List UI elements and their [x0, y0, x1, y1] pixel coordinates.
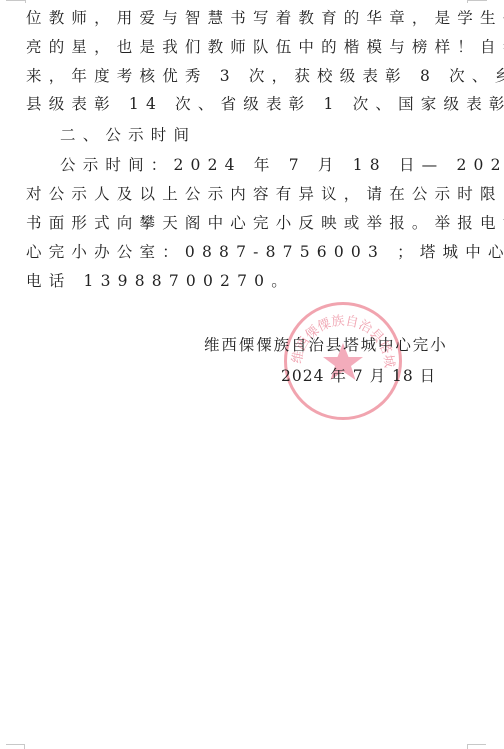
paragraph-line: 位教师，用爱与智慧书写着教育的华章，是学生们心中最闪: [26, 8, 504, 28]
paragraph-line: 来，年度考核优秀 3 次，获校级表彰 8 次、乡镇级表彰 6 次、: [26, 66, 504, 86]
paragraph-line: 心完小办公室：0887-8756003 ；塔城中心完小校长杨明新：: [26, 242, 504, 262]
signature-organization: 维西傈僳族自治县塔城中心完小: [204, 335, 448, 355]
paragraph-line: 县级表彰 14 次、省级表彰 1 次、国家级表彰 1 次。: [26, 94, 504, 114]
document-body: 位教师，用爱与智慧书写着教育的华章，是学生们心中最闪 亮的星，也是我们教师队伍中…: [0, 0, 504, 749]
paragraph-line: 书面形式向攀天阁中心完小反映或举报。举报电话：塔城中: [26, 213, 504, 233]
document-page: 维西傈僳族自治县塔城中心完小 位教师，用爱与智慧书写着教育的华章，是学生们心中最…: [0, 0, 504, 749]
paragraph-line: 对公示人及以上公示内容有异议，请在公示时限内以电话或: [26, 184, 504, 204]
paragraph-line: 亮的星，也是我们教师队伍中的楷模与榜样！自参加工作以: [26, 37, 504, 57]
section-heading: 二、公示时间: [60, 125, 196, 145]
signature-date: 2024 年 7 月 18 日: [281, 366, 436, 386]
paragraph-line: 公示时间：2024 年 7 月 18 日— 2024 年 7 月 24 日；如: [60, 155, 504, 175]
paragraph-line: 电话 13988700270。: [26, 271, 294, 291]
